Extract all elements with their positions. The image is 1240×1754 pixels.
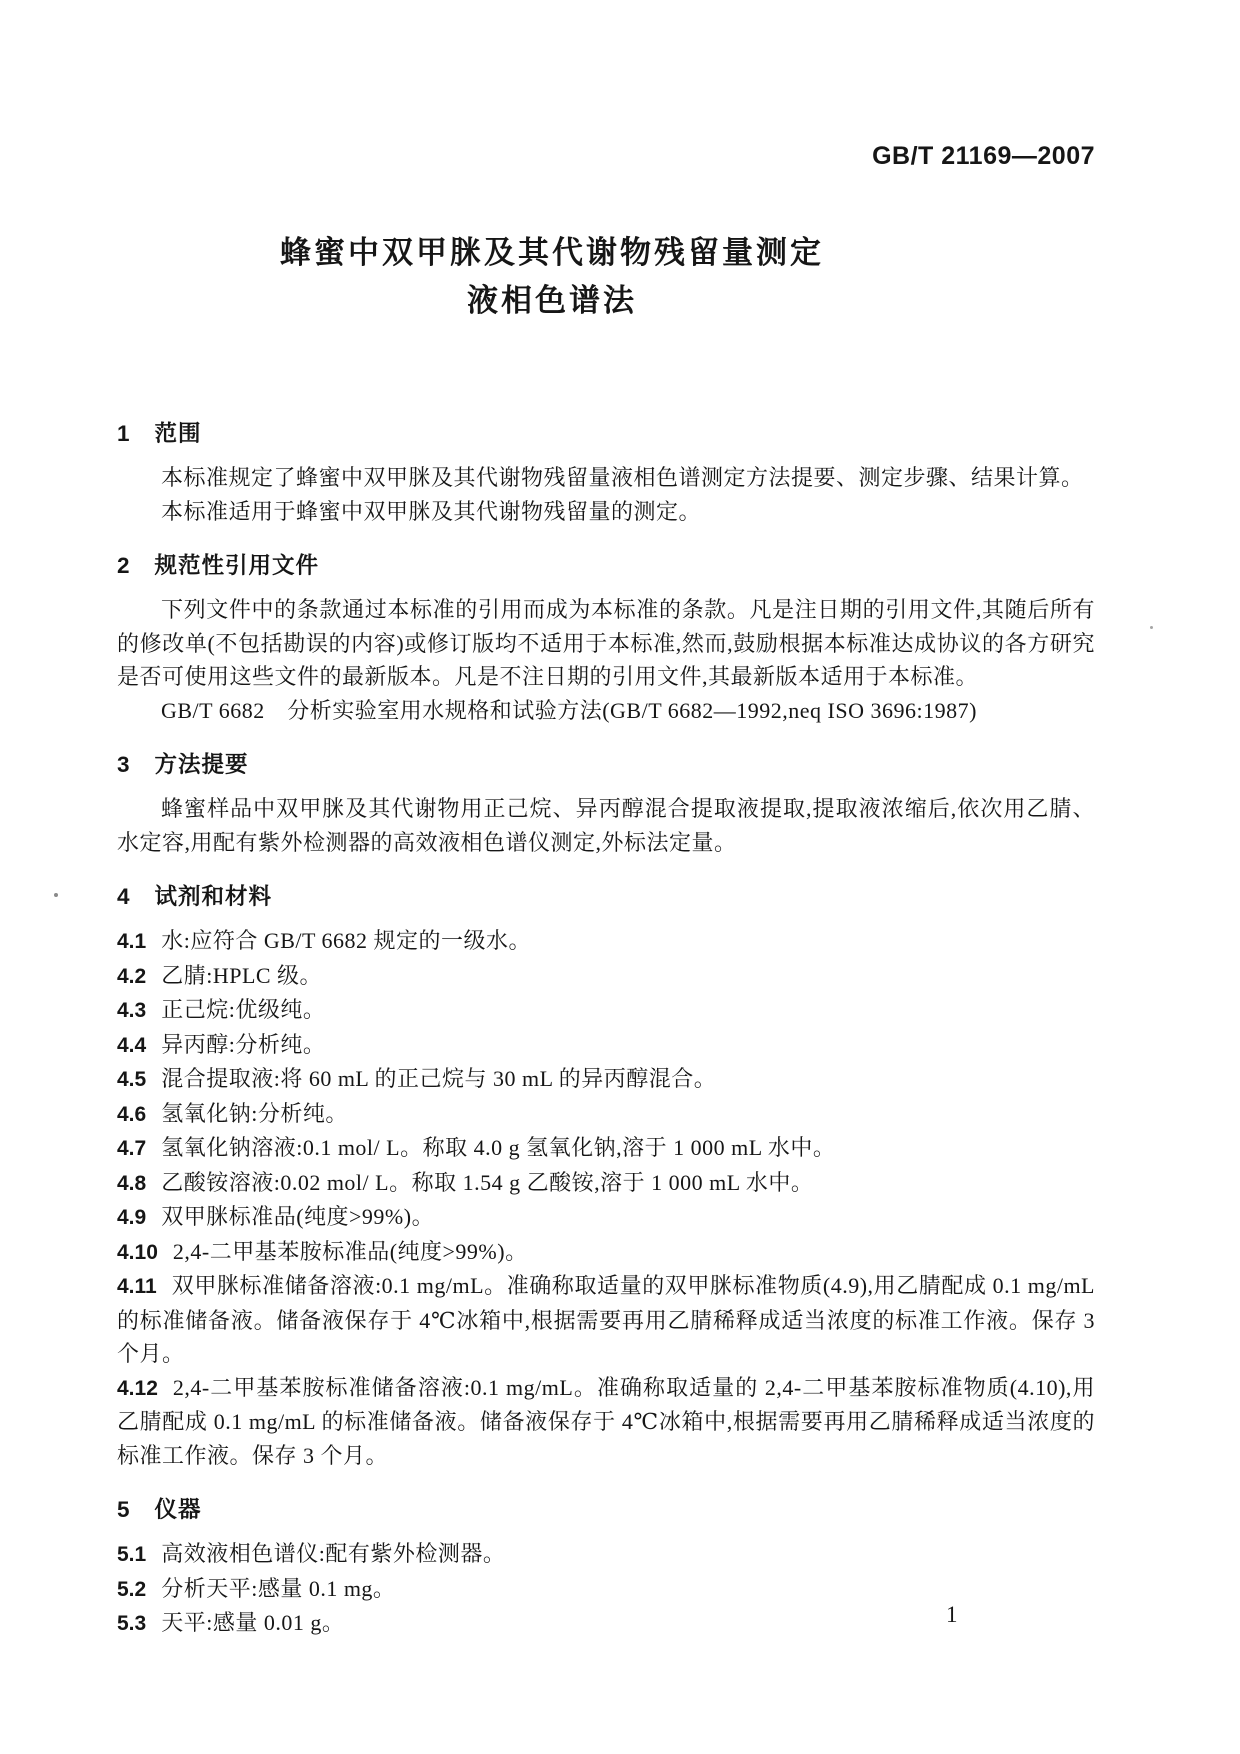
clause-number: 4.11 xyxy=(117,1275,157,1298)
clause-item-4-8: 4.8乙酸铵溶液:0.02 mol/ L。称取 1.54 g 乙酸铵,溶于 1 … xyxy=(117,1166,1095,1201)
clause-text: 乙腈:HPLC 级。 xyxy=(161,963,322,988)
clause-text: 水:应符合 GB/T 6682 规定的一级水。 xyxy=(161,928,531,953)
paragraph: 本标准适用于蜂蜜中双甲脒及其代谢物残留量的测定。 xyxy=(117,495,1095,529)
clause-item-4-4: 4.4异丙醇:分析纯。 xyxy=(117,1028,1095,1063)
clause-text: 乙酸铵溶液:0.02 mol/ L。称取 1.54 g 乙酸铵,溶于 1 000… xyxy=(161,1170,813,1195)
clause-number: 4.8 xyxy=(117,1172,146,1195)
clause-number: 4.6 xyxy=(117,1103,146,1126)
section-title: 规范性引用文件 xyxy=(155,553,320,578)
standard-number: GB/T 21169—2007 xyxy=(117,140,1095,173)
paragraph: 下列文件中的条款通过本标准的引用而成为本标准的条款。凡是注日期的引用文件,其随后… xyxy=(117,593,1095,694)
section-title: 方法提要 xyxy=(155,752,249,777)
section-number: 1 xyxy=(117,417,130,450)
clause-item-4-2: 4.2乙腈:HPLC 级。 xyxy=(117,959,1095,994)
clause-item-4-12: 4.122,4-二甲基苯胺标准储备溶液:0.1 mg/mL。准确称取适量的 2,… xyxy=(117,1371,1095,1473)
clause-text: 氢氧化钠:分析纯。 xyxy=(161,1101,348,1126)
clause-item-4-1: 4.1水:应符合 GB/T 6682 规定的一级水。 xyxy=(117,924,1095,959)
section-heading-apparatus: 5仪器 xyxy=(117,1493,1095,1526)
clause-item-4-5: 4.5混合提取液:将 60 mL 的正己烷与 30 mL 的异丙醇混合。 xyxy=(117,1062,1095,1097)
section-scope: 1范围 本标准规定了蜂蜜中双甲脒及其代谢物残留量液相色谱测定方法提要、测定步骤、… xyxy=(117,417,1095,528)
clause-text: 氢氧化钠溶液:0.1 mol/ L。称取 4.0 g 氢氧化钠,溶于 1 000… xyxy=(161,1135,835,1160)
title-line-2: 液相色谱法 xyxy=(63,277,1041,325)
clause-number: 4.3 xyxy=(117,999,146,1022)
clause-number: 4.7 xyxy=(117,1137,146,1160)
section-title: 仪器 xyxy=(155,1497,202,1522)
clause-number: 4.2 xyxy=(117,965,146,988)
clause-text: 异丙醇:分析纯。 xyxy=(161,1032,325,1057)
clause-text: 混合提取液:将 60 mL 的正己烷与 30 mL 的异丙醇混合。 xyxy=(161,1066,716,1091)
clause-item-4-10: 4.102,4-二甲基苯胺标准品(纯度>99%)。 xyxy=(117,1235,1095,1270)
clause-item-4-3: 4.3正己烷:优级纯。 xyxy=(117,993,1095,1028)
section-method-summary: 3方法提要 蜂蜜样品中双甲脒及其代谢物用正己烷、异丙醇混合提取液提取,提取液浓缩… xyxy=(117,748,1095,859)
clause-item-4-11: 4.11双甲脒标准储备溶液:0.1 mg/mL。准确称取适量的双甲脒标准物质(4… xyxy=(117,1269,1095,1371)
clause-number: 4.12 xyxy=(117,1377,158,1400)
clause-text: 分析天平:感量 0.1 mg。 xyxy=(161,1576,395,1601)
section-number: 2 xyxy=(117,549,130,582)
section-heading-reagents: 4试剂和材料 xyxy=(117,880,1095,913)
clause-text: 正己烷:优级纯。 xyxy=(161,997,325,1022)
clause-number: 4.5 xyxy=(117,1068,146,1091)
page-number: 1 xyxy=(946,1598,958,1631)
section-heading-references: 2规范性引用文件 xyxy=(117,549,1095,582)
section-normative-references: 2规范性引用文件 下列文件中的条款通过本标准的引用而成为本标准的条款。凡是注日期… xyxy=(117,549,1095,727)
section-number: 4 xyxy=(117,880,130,913)
clause-text: 高效液相色谱仪:配有紫外检测器。 xyxy=(161,1541,505,1566)
section-heading-method: 3方法提要 xyxy=(117,748,1095,781)
document-title: 蜂蜜中双甲脒及其代谢物残留量测定 液相色谱法 xyxy=(63,229,1041,325)
clause-text: 双甲脒标准品(纯度>99%)。 xyxy=(161,1204,434,1229)
document-page: GB/T 21169—2007 蜂蜜中双甲脒及其代谢物残留量测定 液相色谱法 1… xyxy=(0,0,1240,1754)
clause-item-4-7: 4.7氢氧化钠溶液:0.1 mol/ L。称取 4.0 g 氢氧化钠,溶于 1 … xyxy=(117,1131,1095,1166)
clause-item-4-6: 4.6氢氧化钠:分析纯。 xyxy=(117,1097,1095,1132)
clause-number: 4.1 xyxy=(117,930,146,953)
clause-number: 4.9 xyxy=(117,1206,146,1229)
scan-artifact-dot xyxy=(1150,626,1153,629)
title-line-1: 蜂蜜中双甲脒及其代谢物残留量测定 xyxy=(63,229,1041,277)
clause-text: 天平:感量 0.01 g。 xyxy=(161,1610,344,1635)
scan-artifact-dot xyxy=(54,893,58,897)
clause-number: 4.4 xyxy=(117,1034,146,1057)
page-content: GB/T 21169—2007 蜂蜜中双甲脒及其代谢物残留量测定 液相色谱法 1… xyxy=(117,0,1095,1641)
section-title: 试剂和材料 xyxy=(155,884,273,909)
clause-text: 2,4-二甲基苯胺标准品(纯度>99%)。 xyxy=(173,1239,528,1264)
section-heading-scope: 1范围 xyxy=(117,417,1095,450)
clause-item-5-1: 5.1高效液相色谱仪:配有紫外检测器。 xyxy=(117,1537,1095,1572)
section-title: 范围 xyxy=(155,421,202,446)
clause-number: 4.10 xyxy=(117,1241,158,1264)
paragraph: 本标准规定了蜂蜜中双甲脒及其代谢物残留量液相色谱测定方法提要、测定步骤、结果计算… xyxy=(117,461,1095,495)
paragraph: 蜂蜜样品中双甲脒及其代谢物用正己烷、异丙醇混合提取液提取,提取液浓缩后,依次用乙… xyxy=(117,792,1095,859)
section-number: 5 xyxy=(117,1493,130,1526)
clause-item-4-9: 4.9双甲脒标准品(纯度>99%)。 xyxy=(117,1200,1095,1235)
section-reagents-materials: 4试剂和材料 4.1水:应符合 GB/T 6682 规定的一级水。 4.2乙腈:… xyxy=(117,880,1095,1472)
section-number: 3 xyxy=(117,748,130,781)
clause-text: 2,4-二甲基苯胺标准储备溶液:0.1 mg/mL。准确称取适量的 2,4-二甲… xyxy=(117,1375,1095,1468)
reference-entry: GB/T 6682 分析实验室用水规格和试验方法(GB/T 6682—1992,… xyxy=(117,694,1095,728)
clause-text: 双甲脒标准储备溶液:0.1 mg/mL。准确称取适量的双甲脒标准物质(4.9),… xyxy=(117,1273,1095,1366)
clause-number: 5.1 xyxy=(117,1543,146,1566)
clause-number: 5.2 xyxy=(117,1578,146,1601)
clause-number: 5.3 xyxy=(117,1612,146,1635)
